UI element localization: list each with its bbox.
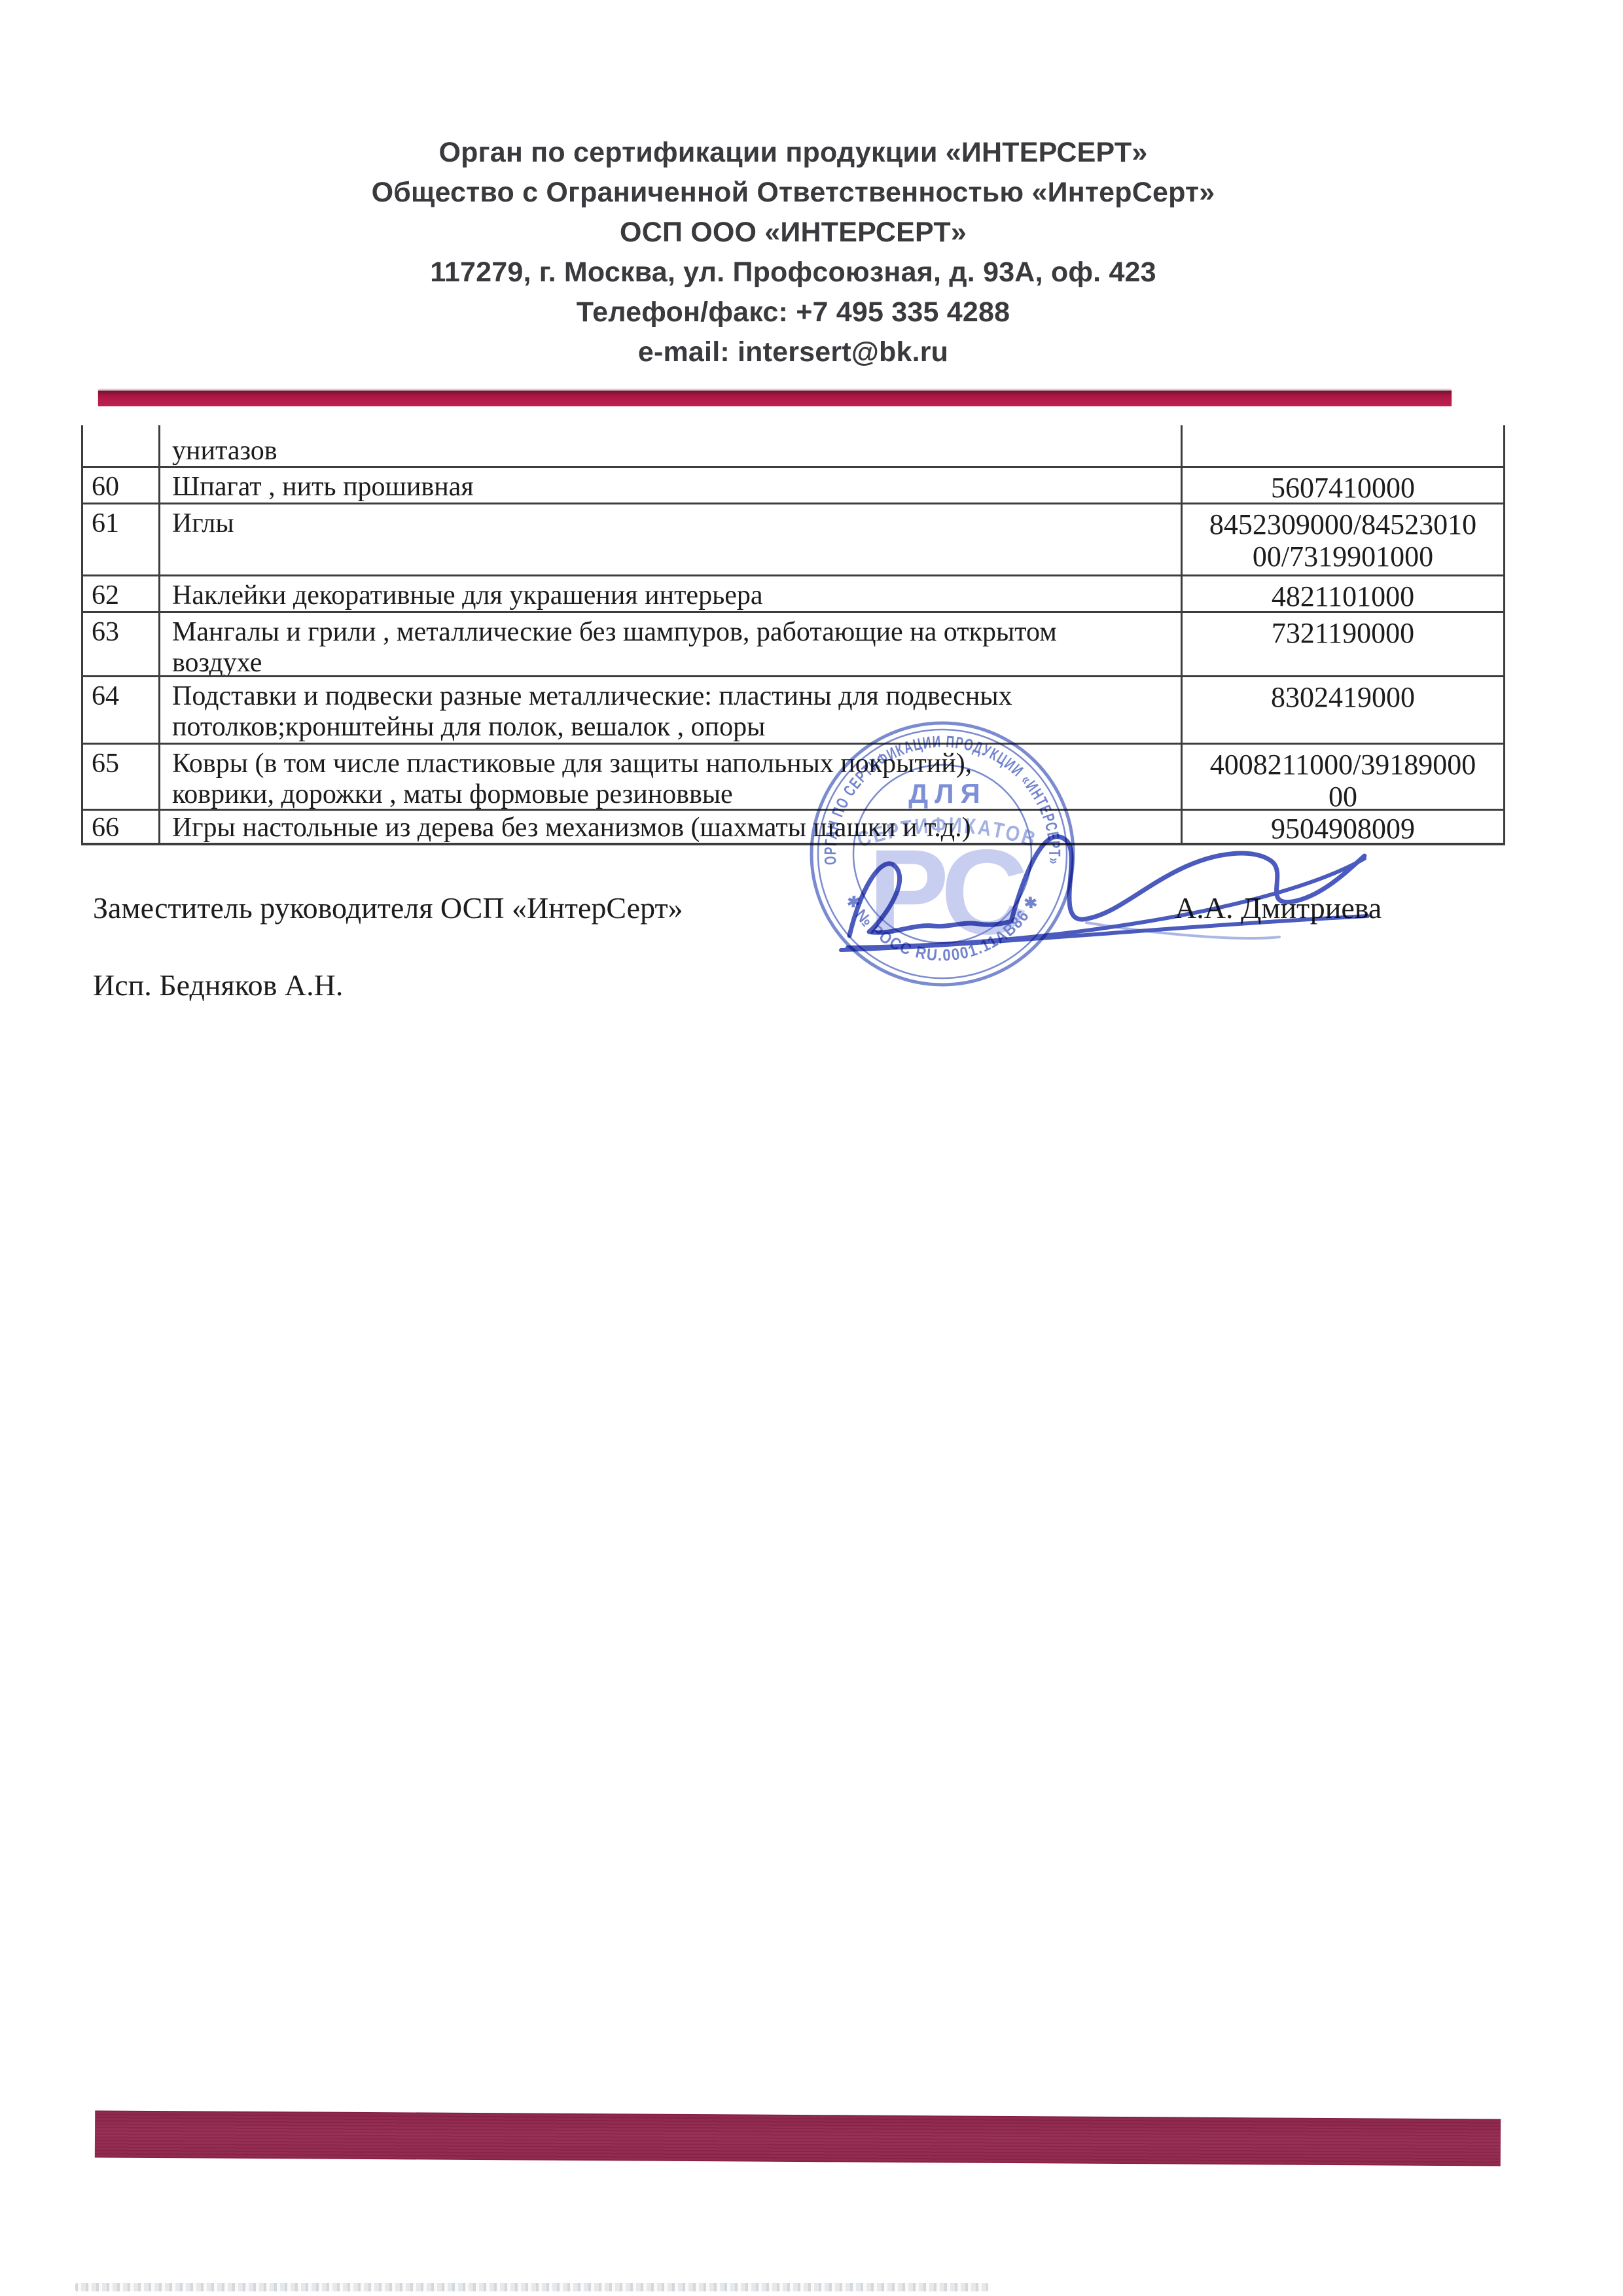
- executor-name: Исп. Бедняков А.Н.: [93, 968, 343, 1002]
- row-code-cell: 8302419000: [1183, 677, 1503, 743]
- org-header: Орган по сертификации продукции «ИНТЕРСЕ…: [0, 133, 1586, 372]
- header-line-email: e-mail: intersert@bk.ru: [0, 332, 1586, 372]
- row-code-cell: 7321190000: [1183, 613, 1503, 675]
- row-number-cell: 65: [83, 745, 160, 809]
- table-row: 60 Шпагат , нить прошивная 5607410000: [83, 468, 1503, 504]
- footer-bar: [95, 2110, 1501, 2166]
- header-line-osp: ОСП ООО «ИНТЕРСЕРТ»: [0, 213, 1586, 253]
- signature-underline-stroke: [841, 916, 1368, 950]
- handwritten-signature: [772, 805, 1531, 981]
- row-code-cell: 5607410000: [1183, 468, 1503, 503]
- stamp-center-line1: ДЛЯ: [908, 778, 987, 809]
- scan-edge-artifact: [75, 2283, 988, 2291]
- row-description-cell: Мангалы и грили , металлические без шамп…: [160, 613, 1183, 675]
- signatory-title: Заместитель руководителя ОСП «ИнтерСерт»: [93, 891, 683, 925]
- header-line-org: Орган по сертификации продукции «ИНТЕРСЕ…: [0, 133, 1586, 173]
- row-number-cell: [83, 425, 160, 466]
- row-number-cell: 62: [83, 576, 160, 611]
- header-line-company: Общество с Ограниченной Ответственностью…: [0, 173, 1586, 213]
- row-code-cell: 4821101000: [1183, 576, 1503, 611]
- table-row: 63 Мангалы и грили , металлические без ш…: [83, 613, 1503, 677]
- row-number-cell: 60: [83, 468, 160, 503]
- table-row: 61 Иглы 8452309000/84523010 00/731990100…: [83, 504, 1503, 576]
- row-description-cell: Шпагат , нить прошивная: [160, 468, 1183, 503]
- row-number-cell: 63: [83, 613, 160, 675]
- header-line-phone: Телефон/факс: +7 495 335 4288: [0, 292, 1586, 332]
- scanned-certificate-page: { "document": { "header": { "lines": [ "…: [0, 0, 1623, 2296]
- row-code-cell: [1183, 425, 1503, 466]
- row-description-cell: Иглы: [160, 504, 1183, 574]
- row-code-cell: 4008211000/39189000 00: [1183, 745, 1503, 809]
- table-row: унитазов: [83, 425, 1503, 468]
- table-row: 62 Наклейки декоративные для украшения и…: [83, 576, 1503, 613]
- header-divider-bar: [98, 391, 1452, 406]
- header-line-address: 117279, г. Москва, ул. Профсоюзная, д. 9…: [0, 253, 1586, 292]
- row-number-cell: 64: [83, 677, 160, 743]
- row-code-cell: 8452309000/84523010 00/7319901000: [1183, 504, 1503, 574]
- row-description-cell: унитазов: [160, 425, 1183, 466]
- row-number-cell: 61: [83, 504, 160, 574]
- row-number-cell: 66: [83, 811, 160, 843]
- row-description-cell: Наклейки декоративные для украшения инте…: [160, 576, 1183, 611]
